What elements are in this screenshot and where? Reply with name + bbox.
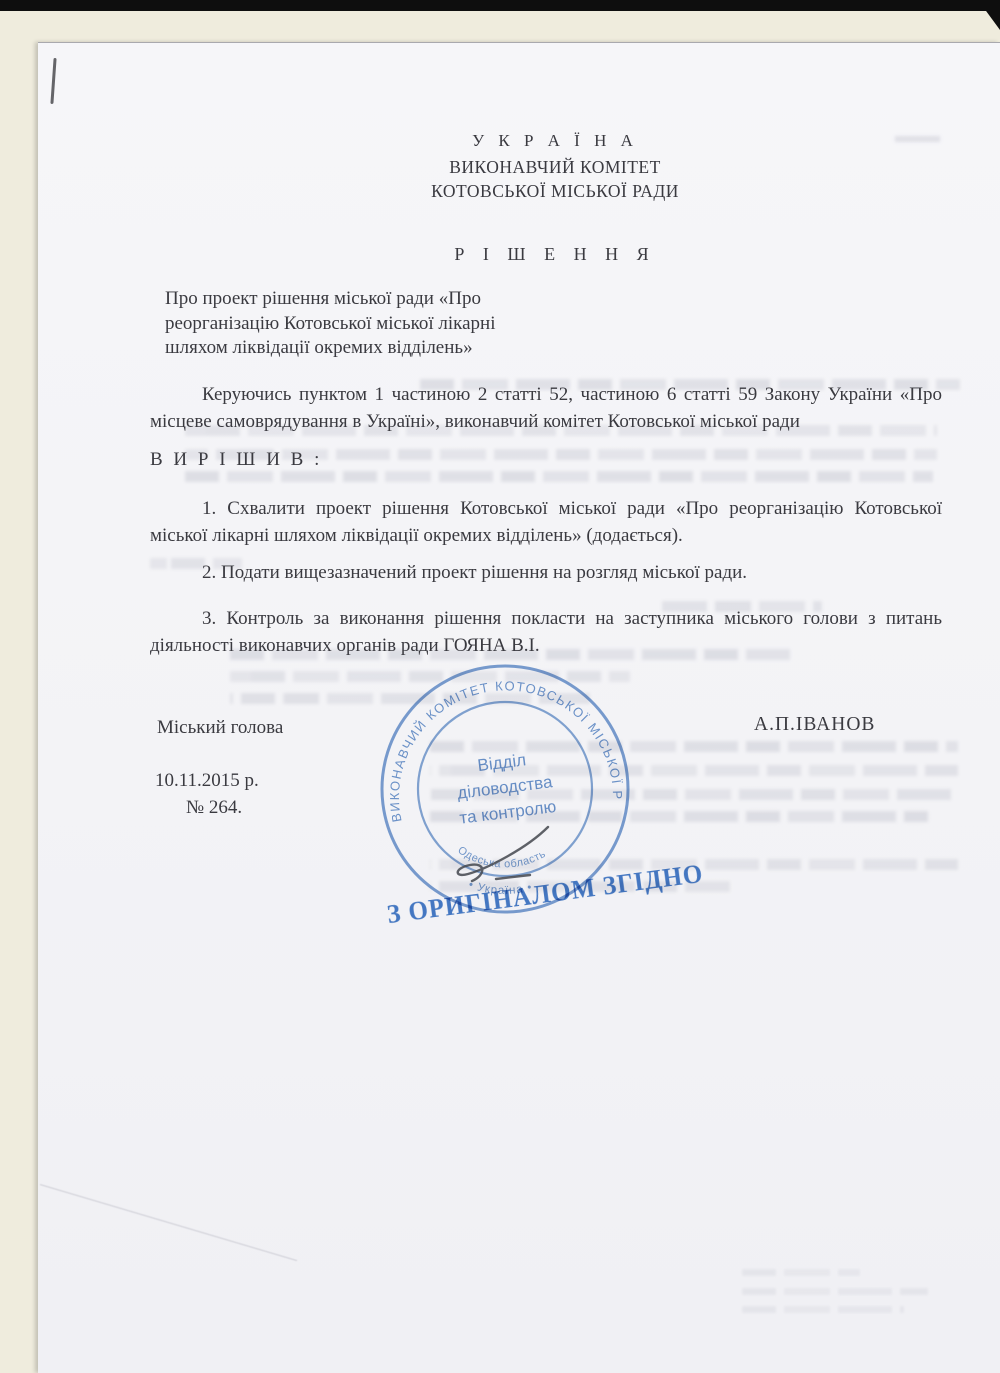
scanned-document: У К Р А Ї Н А ВИКОНАВЧИЙ КОМІТЕТ КОТОВСЬ… [0,0,1000,1373]
paper-crease [40,1184,297,1261]
scan-corner-shadow [978,0,1000,30]
stamp-center-line-1: Відділ [476,750,527,775]
document-type-title: Р І Ш Е Н Н Я [110,244,1000,265]
committee-line: ВИКОНАВЧИЙ КОМІТЕТ [110,157,1000,178]
subject-line: реорганізацію Котовської міської лікарні [165,312,496,337]
signer-title: Міський голова [157,717,283,739]
resolution-item-3: 3. Контроль за виконання рішення покласт… [150,605,942,659]
document-number: № 264. [186,797,242,819]
preamble-paragraph: Керуючись пунктом 1 частиною 2 статті 52… [150,381,942,435]
signer-name: А.П.ІВАНОВ [754,714,875,736]
resolved-word: В И Р І Ш И В : [150,449,322,471]
bleed-through-line [742,1269,860,1276]
subject-line: шляхом ліквідації окремих відділень» [165,336,496,361]
bleed-through-line [742,1306,904,1313]
pen-mark [50,58,56,104]
country-title: У К Р А Ї Н А [110,131,1000,151]
document-page: У К Р А Ї Н А ВИКОНАВЧИЙ КОМІТЕТ КОТОВСЬ… [38,42,1000,1373]
council-line: КОТОВСЬКОЇ МІСЬКОЇ РАДИ [110,181,1000,202]
resolution-item-1: 1. Схвалити проект рішення Котовської мі… [150,495,942,549]
issuing-body: ВИКОНАВЧИЙ КОМІТЕТ КОТОВСЬКОЇ МІСЬКОЇ РА… [110,154,1000,202]
bleed-through-line [185,471,933,482]
resolution-item-2: 2. Подати вищезазначений проект рішення … [150,559,942,586]
subject-block: Про проект рішення міської ради «Про рео… [165,287,496,361]
document-date: 10.11.2015 р. [155,770,259,792]
bleed-through-line [742,1288,928,1295]
subject-line: Про проект рішення міської ради «Про [165,287,496,312]
